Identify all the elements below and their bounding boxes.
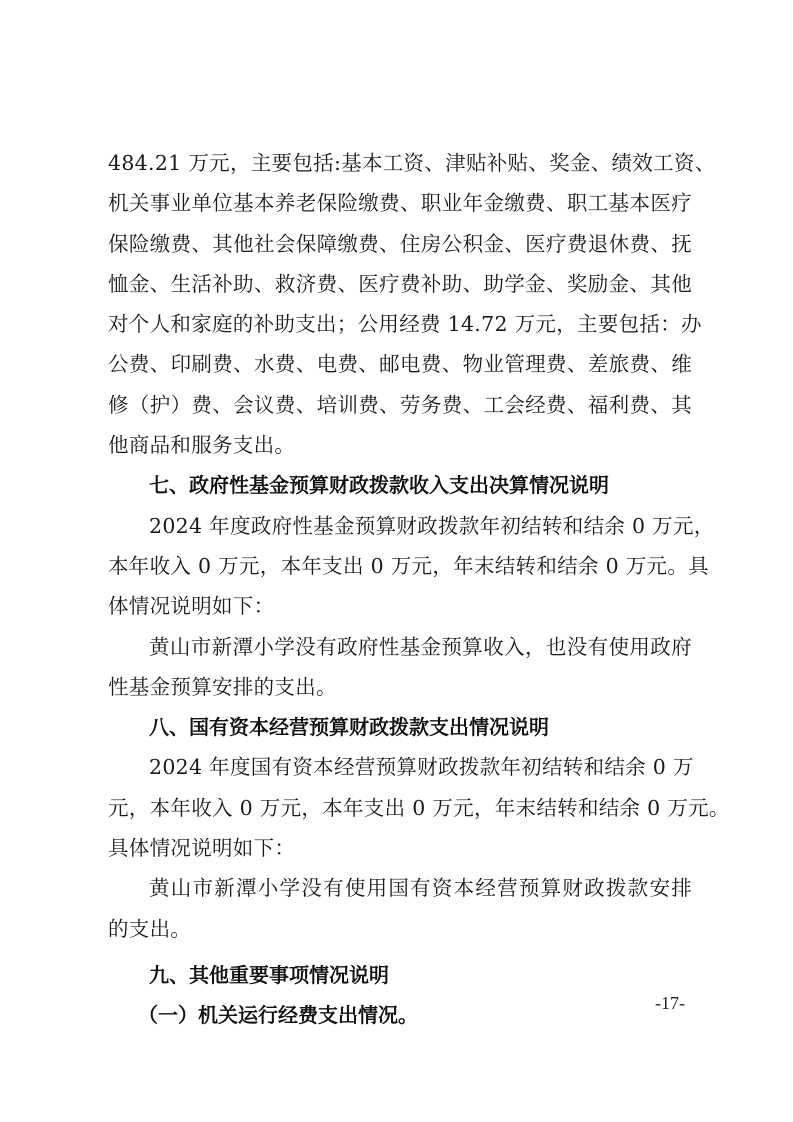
body-line: 2024 年度国有资本经营预算财政拨款年初结转和结余 0 万 — [108, 747, 692, 787]
section-heading-9: 九、其他重要事项情况说明 — [108, 955, 692, 995]
body-line: 性基金预算安排的支出。 — [108, 667, 692, 707]
body-line: 体情况说明如下： — [108, 586, 692, 626]
body-line: 修（护）费、会议费、培训费、劳务费、工会经费、福利费、其 — [108, 385, 692, 425]
body-line: 具体情况说明如下： — [108, 828, 692, 868]
body-line: 本年收入 0 万元，本年支出 0 万元，年末结转和结余 0 万元。具 — [108, 546, 692, 586]
body-line: 恤金、生活补助、救济费、医疗费补助、助学金、奖励金、其他 — [108, 264, 692, 304]
body-line: 2024 年度政府性基金预算财政拨款年初结转和结余 0 万元， — [108, 506, 692, 546]
body-line: 黄山市新潭小学没有政府性基金预算收入，也没有使用政府 — [108, 627, 692, 667]
body-line: 保险缴费、其他社会保障缴费、住房公积金、医疗费退休费、抚 — [108, 224, 692, 264]
body-line: 他商品和服务支出。 — [108, 425, 692, 465]
body-line: 的支出。 — [108, 909, 692, 949]
document-page: 484.21 万元，主要包括:基本工资、津贴补贴、奖金、绩效工资、 机关事业单位… — [0, 0, 793, 1122]
body-line: 对个人和家庭的补助支出；公用经费 14.72 万元，主要包括：办 — [108, 304, 692, 344]
body-line: 黄山市新潭小学没有使用国有资本经营预算财政拨款安排 — [108, 868, 692, 908]
body-line: 元，本年收入 0 万元，本年支出 0 万元，年末结转和结余 0 万元。 — [108, 788, 692, 828]
subsection-heading-1: （一）机关运行经费支出情况。 — [108, 995, 692, 1035]
body-line: 公费、印刷费、水费、电费、邮电费、物业管理费、差旅费、维 — [108, 344, 692, 384]
page-content: 484.21 万元，主要包括:基本工资、津贴补贴、奖金、绩效工资、 机关事业单位… — [108, 143, 692, 1036]
body-line: 484.21 万元，主要包括:基本工资、津贴补贴、奖金、绩效工资、 — [108, 143, 692, 183]
section-heading-8: 八、国有资本经营预算财政拨款支出情况说明 — [108, 707, 692, 747]
body-line: 机关事业单位基本养老保险缴费、职业年金缴费、职工基本医疗 — [108, 183, 692, 223]
page-number: -17- — [655, 993, 685, 1014]
section-heading-7: 七、政府性基金预算财政拨款收入支出决算情况说明 — [108, 465, 692, 505]
